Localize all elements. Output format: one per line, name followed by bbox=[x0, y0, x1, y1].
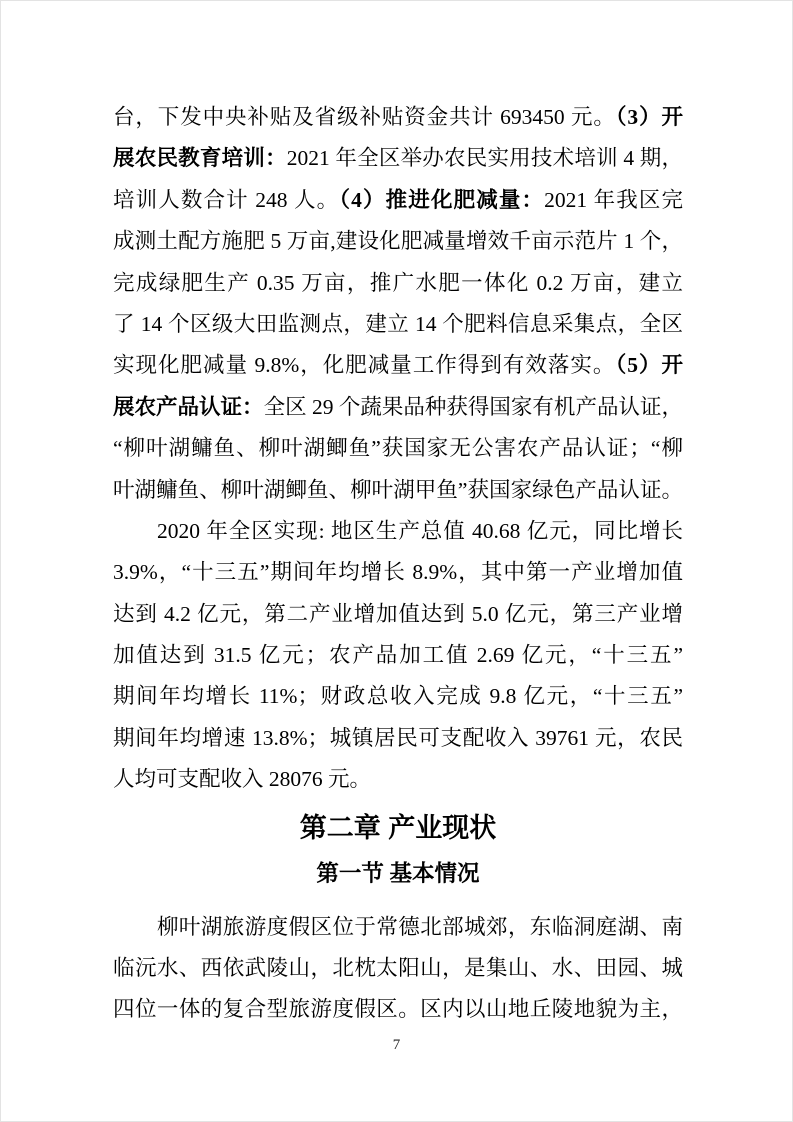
body-text: 2021 年我区完 bbox=[544, 188, 683, 212]
document-page: 台，下发中央补贴及省级补贴资金共计 693450 元。（3）开展农民教育培训：2… bbox=[0, 0, 793, 1122]
body-line: 培训人数合计 248 人。（4）推进化肥减量：2021 年我区完 bbox=[113, 180, 683, 221]
body-line: 加值达到 31.5 亿元；农产品加工值 2.69 亿元，“十三五” bbox=[113, 635, 683, 676]
body-line: 完成绿肥生产 0.35 万亩，推广水肥一体化 0.2 万亩，建立 bbox=[113, 263, 683, 304]
body-text: 台，下发中央补贴及省级补贴资金共计 693450 元。 bbox=[113, 105, 616, 129]
section-heading: 第一节 基本情况 bbox=[113, 851, 683, 897]
body-line: 3.9%，“十三五”期间年均增长 8.9%，其中第一产业增加值 bbox=[113, 552, 683, 593]
emphasis-text: （5）开 bbox=[615, 353, 683, 377]
body-line: “柳叶湖鳙鱼、柳叶湖鲫鱼”获国家无公害农产品认证；“柳 bbox=[113, 428, 683, 469]
document-body: 台，下发中央补贴及省级补贴资金共计 693450 元。（3）开展农民教育培训：2… bbox=[113, 97, 683, 1031]
body-text: 2021 年全区举办农民实用技术培训 4 期， bbox=[287, 146, 683, 170]
body-text: 3.9%，“十三五”期间年均增长 8.9%，其中第一产业增加值 bbox=[113, 560, 683, 584]
body-text: “柳叶湖鳙鱼、柳叶湖鲫鱼”获国家无公害农产品认证；“柳 bbox=[113, 436, 683, 460]
emphasis-text: 展农民教育培训： bbox=[113, 146, 287, 170]
body-line: 四位一体的复合型旅游度假区。区内以山地丘陵地貌为主， bbox=[113, 989, 683, 1030]
body-line: 展农民教育培训：2021 年全区举办农民实用技术培训 4 期， bbox=[113, 138, 683, 179]
body-text: 加值达到 31.5 亿元；农产品加工值 2.69 亿元，“十三五” bbox=[113, 643, 683, 667]
body-line: 实现化肥减量 9.8%，化肥减量工作得到有效落实。（5）开 bbox=[113, 345, 683, 386]
body-line: 达到 4.2 亿元，第二产业增加值达到 5.0 亿元，第三产业增 bbox=[113, 594, 683, 635]
body-line: 2020 年全区实现: 地区生产总值 40.68 亿元，同比增长 bbox=[113, 511, 683, 552]
paragraph-block-2: 柳叶湖旅游度假区位于常德北部城郊，东临洞庭湖、南临沅水、西依武陵山，北枕太阳山，… bbox=[113, 907, 683, 1031]
body-text: 2020 年全区实现: 地区生产总值 40.68 亿元，同比增长 bbox=[157, 519, 683, 543]
body-line: 人均可支配收入 28076 元。 bbox=[113, 759, 683, 800]
body-text: 实现化肥减量 9.8%，化肥减量工作得到有效落实。 bbox=[113, 353, 615, 377]
body-text: 人均可支配收入 28076 元。 bbox=[113, 767, 371, 791]
body-text: 了 14 个区级大田监测点，建立 14 个肥料信息采集点，全区 bbox=[113, 312, 683, 336]
body-text: 成测土配方施肥 5 万亩,建设化肥减量增效千亩示范片 1 个， bbox=[113, 229, 683, 253]
body-line: 台，下发中央补贴及省级补贴资金共计 693450 元。（3）开 bbox=[113, 97, 683, 138]
body-text: 期间年均增长 11%；财政总收入完成 9.8 亿元，“十三五” bbox=[113, 684, 683, 708]
body-text: 临沅水、西依武陵山，北枕太阳山，是集山、水、田园、城 bbox=[113, 956, 683, 980]
paragraph-block-1: 台，下发中央补贴及省级补贴资金共计 693450 元。（3）开展农民教育培训：2… bbox=[113, 97, 683, 801]
body-line: 成测土配方施肥 5 万亩,建设化肥减量增效千亩示范片 1 个， bbox=[113, 221, 683, 262]
body-line: 展农产品认证：全区 29 个蔬果品种获得国家有机产品认证， bbox=[113, 387, 683, 428]
body-line: 柳叶湖旅游度假区位于常德北部城郊，东临洞庭湖、南 bbox=[113, 907, 683, 948]
body-text: 达到 4.2 亿元，第二产业增加值达到 5.0 亿元，第三产业增 bbox=[113, 602, 683, 626]
emphasis-text: （3）开 bbox=[616, 105, 683, 129]
emphasis-text: （4）推进化肥减量： bbox=[339, 188, 544, 212]
body-text: 叶湖鳙鱼、柳叶湖鲫鱼、柳叶湖甲鱼”获国家绿色产品认证。 bbox=[113, 478, 683, 502]
body-text: 柳叶湖旅游度假区位于常德北部城郊，东临洞庭湖、南 bbox=[157, 915, 683, 939]
body-text: 期间年均增速 13.8%；城镇居民可支配收入 39761 元，农民 bbox=[113, 726, 683, 750]
emphasis-text: 展农产品认证： bbox=[113, 395, 264, 419]
body-line: 叶湖鳙鱼、柳叶湖鲫鱼、柳叶湖甲鱼”获国家绿色产品认证。 bbox=[113, 470, 683, 511]
body-line: 期间年均增速 13.8%；城镇居民可支配收入 39761 元，农民 bbox=[113, 718, 683, 759]
body-line: 期间年均增长 11%；财政总收入完成 9.8 亿元，“十三五” bbox=[113, 676, 683, 717]
body-text: 完成绿肥生产 0.35 万亩，推广水肥一体化 0.2 万亩，建立 bbox=[113, 271, 683, 295]
page-number: 7 bbox=[1, 1037, 792, 1054]
body-text: 全区 29 个蔬果品种获得国家有机产品认证， bbox=[264, 395, 683, 419]
body-line: 临沅水、西依武陵山，北枕太阳山，是集山、水、田园、城 bbox=[113, 948, 683, 989]
chapter-heading: 第二章 产业现状 bbox=[113, 805, 683, 851]
body-text: 四位一体的复合型旅游度假区。区内以山地丘陵地貌为主， bbox=[113, 997, 683, 1021]
body-text: 培训人数合计 248 人。 bbox=[113, 188, 339, 212]
body-line: 了 14 个区级大田监测点，建立 14 个肥料信息采集点，全区 bbox=[113, 304, 683, 345]
